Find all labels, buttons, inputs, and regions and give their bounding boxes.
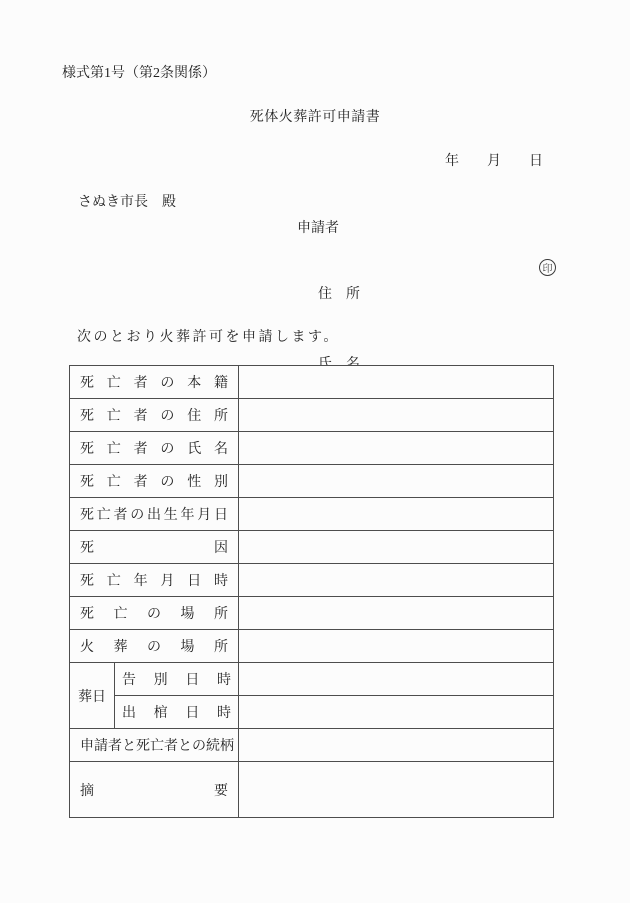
label-remarks: 摘要 — [70, 762, 239, 818]
value-farewell-datetime — [239, 663, 554, 696]
applicant-label: 申請者 — [297, 217, 339, 237]
page-title: 死体火葬許可申請書 — [0, 106, 630, 126]
row-funeral-farewell-datetime: 葬日 告別日時 — [70, 663, 554, 696]
row-deceased-domicile: 死亡者の本籍 — [70, 366, 554, 399]
row-cause-of-death: 死因 — [70, 531, 554, 564]
label-cremation-place: 火葬の場所 — [70, 630, 239, 663]
row-remarks: 摘要 — [70, 762, 554, 818]
value-deceased-sex — [239, 465, 554, 498]
value-remarks — [239, 762, 554, 818]
label-deceased-name: 死亡者の氏名 — [70, 432, 239, 465]
value-death-datetime — [239, 564, 554, 597]
document-page: 様式第1号（第2条関係） 死体火葬許可申請書 年 月 日 さぬき市長 殿 申請者… — [0, 0, 630, 903]
value-deceased-name — [239, 432, 554, 465]
value-deceased-birthdate — [239, 498, 554, 531]
row-funeral-coffin-datetime: 出棺日時 — [70, 696, 554, 729]
label-relationship: 申請者と死亡者との続柄 — [70, 729, 239, 762]
row-relationship: 申請者と死亡者との続柄 — [70, 729, 554, 762]
value-death-place — [239, 597, 554, 630]
value-deceased-address — [239, 399, 554, 432]
row-deceased-sex: 死亡者の性別 — [70, 465, 554, 498]
label-death-place: 死亡の場所 — [70, 597, 239, 630]
row-cremation-place: 火葬の場所 — [70, 630, 554, 663]
value-deceased-domicile — [239, 366, 554, 399]
addressee-line: さぬき市長 殿 — [78, 191, 176, 211]
row-death-datetime: 死亡年月日時 — [70, 564, 554, 597]
form-number-note: 様式第1号（第2条関係） — [62, 62, 216, 82]
label-deceased-birthdate: 死亡者の出生年月日 — [70, 498, 239, 531]
row-death-place: 死亡の場所 — [70, 597, 554, 630]
value-cremation-place — [239, 630, 554, 663]
intro-sentence: 次のとおり火葬許可を申請します。 — [77, 326, 340, 346]
label-deceased-domicile: 死亡者の本籍 — [70, 366, 239, 399]
value-coffin-datetime — [239, 696, 554, 729]
seal-mark-icon: 印 — [539, 259, 556, 276]
label-coffin-datetime: 出棺日時 — [115, 696, 239, 729]
row-deceased-birthdate: 死亡者の出生年月日 — [70, 498, 554, 531]
value-cause-of-death — [239, 531, 554, 564]
row-deceased-address: 死亡者の住所 — [70, 399, 554, 432]
applicant-address-label: 住 所 — [318, 283, 360, 306]
seal-character: 印 — [543, 260, 553, 275]
label-deceased-sex: 死亡者の性別 — [70, 465, 239, 498]
label-farewell-datetime: 告別日時 — [115, 663, 239, 696]
date-line: 年 月 日 — [445, 150, 543, 170]
label-deceased-address: 死亡者の住所 — [70, 399, 239, 432]
label-death-datetime: 死亡年月日時 — [70, 564, 239, 597]
row-deceased-name: 死亡者の氏名 — [70, 432, 554, 465]
application-table: 死亡者の本籍 死亡者の住所 死亡者の氏名 死亡者の性別 死亡者の出生年月日 死因 — [69, 365, 554, 818]
label-funeral-day-group: 葬日 — [70, 663, 115, 729]
value-relationship — [239, 729, 554, 762]
label-cause-of-death: 死因 — [70, 531, 239, 564]
